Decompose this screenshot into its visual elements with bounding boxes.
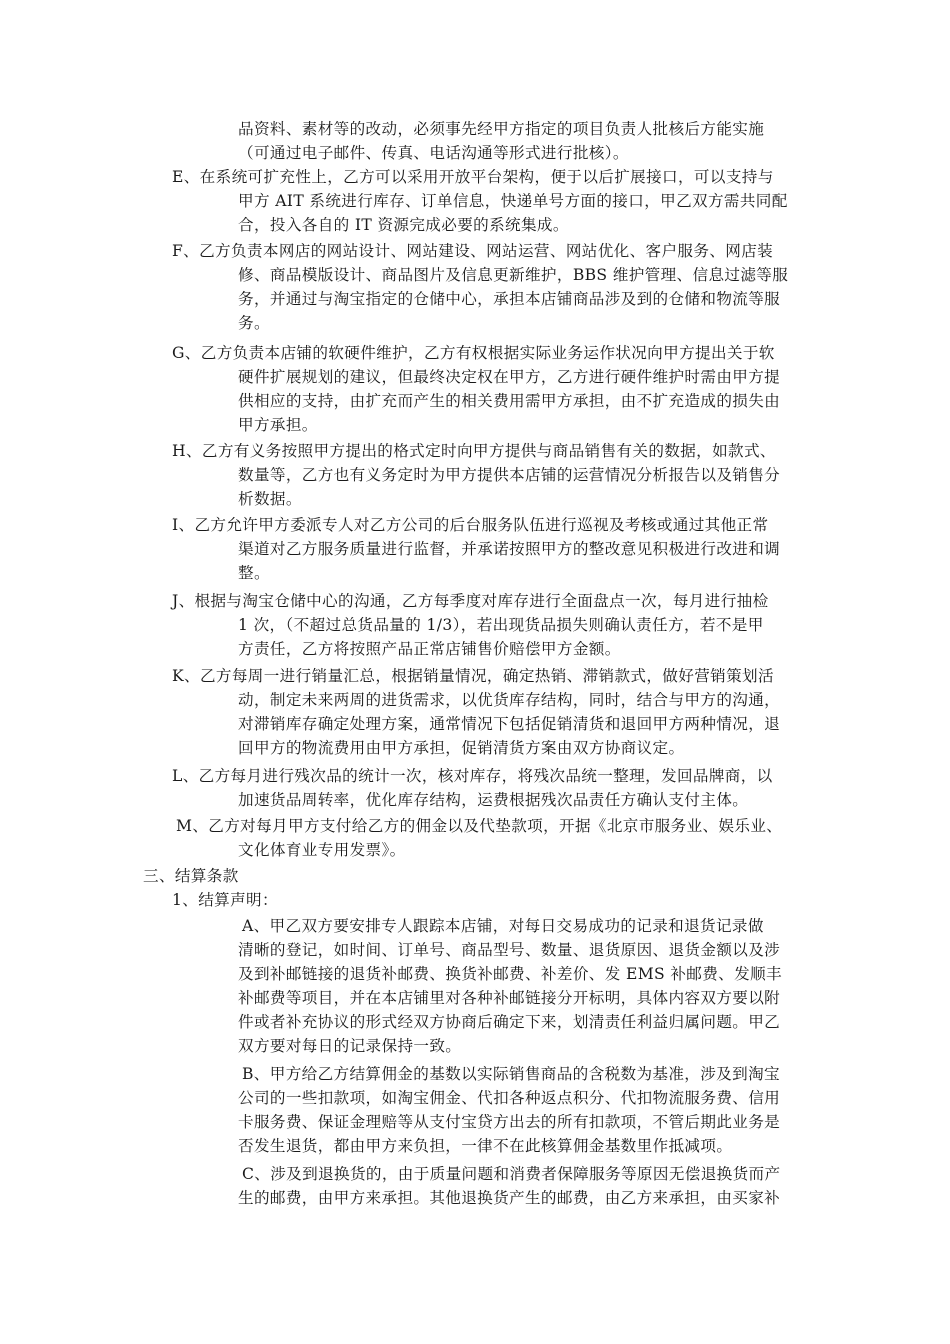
text-line: 双方要对每日的记录保持一致。 [238,1034,461,1058]
text-line: E、在系统可扩充性上，乙方可以采用开放平台架构，便于以后扩展接口，可以支持与 [172,165,774,189]
text-line: M、乙方对每月甲方支付给乙方的佣金以及代垫款项，开据《北京市服务业、娱乐业、 [176,814,782,838]
text-line: 务，并通过与淘宝指定的仓储中心，承担本店铺商品涉及到的仓储和物流等服 [238,287,780,311]
text-line: 补邮费等项目，并在本店铺里对各种补邮链接分开标明，具体内容双方要以附 [238,986,780,1010]
text-line: 甲方 AIT 系统进行库存、订单信息，快递单号方面的接口，甲乙双方需共同配 [238,189,788,213]
text-line: C、涉及到退换货的，由于质量问题和消费者保障服务等原因无偿退换货而产 [242,1162,780,1186]
document-page: 品资料、素材等的改动，必须事先经甲方指定的项目负责人批核后方能实施（可通过电子邮… [0,0,950,1344]
text-line: 整。 [238,561,270,585]
text-line: 否发生退货，都由甲方来负担，一律不在此核算佣金基数里作抵减项。 [238,1134,732,1158]
text-line: 公司的一些扣款项，如淘宝佣金、代扣各种返点积分、代扣物流服务费、信用 [238,1086,780,1110]
text-line: 渠道对乙方服务质量进行监督，并承诺按照甲方的整改意见积极进行改进和调 [238,537,780,561]
text-line: H、乙方有义务按照甲方提出的格式定时向甲方提供与商品销售有关的数据，如款式、 [172,439,776,463]
text-line: 加速货品周转率，优化库存结构，运费根据残次品责任方确认支付主体。 [238,788,748,812]
text-line: L、乙方每月进行残次品的统计一次，核对库存，将残次品统一整理，发回品牌商，以 [172,764,773,788]
text-line: 硬件扩展规划的建议，但最终决定权在甲方，乙方进行硬件维护时需由甲方提 [238,365,780,389]
text-line: 方责任，乙方将按照产品正常店铺售价赔偿甲方金额。 [238,637,621,661]
text-line: G、乙方负责本店铺的软硬件维护，乙方有权根据实际业务运作状况向甲方提出关于软 [172,341,775,365]
text-line: 务。 [238,311,270,335]
text-line: 件或者补充协议的形式经双方协商后确定下来，划清责任利益归属问题。甲乙 [238,1010,780,1034]
text-line: F、乙方负责本网店的网站设计、网站建设、网站运营、网站优化、客户服务、网店装 [172,239,773,263]
text-line: 清晰的登记，如时间、订单号、商品型号、数量、退货原因、退货金额以及涉 [238,938,780,962]
text-line: 卡服务费、保证金理赔等从支付宝贷方出去的所有扣款项，不管后期此业务是 [238,1110,780,1134]
text-line: 生的邮费，由甲方来承担。其他退换货产生的邮费，由乙方来承担，由买家补 [238,1186,780,1210]
text-line: 对滞销库存确定处理方案，通常情况下包括促销清货和退回甲方两种情况，退 [238,712,780,736]
text-line: 1 次，（不超过总货品量的 1/3），若出现货品损失则确认责任方，若不是甲 [238,613,764,637]
text-line: 甲方承担。 [238,413,318,437]
text-line: 回甲方的物流费用由甲方承担，促销清货方案由双方协商议定。 [238,736,684,760]
text-line: 动，制定未来两周的进货需求，以优货库存结构，同时，结合与甲方的沟通， [238,688,780,712]
text-line: 供相应的支持，由扩充而产生的相关费用需甲方承担，由不扩充造成的损失由 [238,389,780,413]
text-line: 文化体育业专用发票》。 [238,838,406,862]
text-line: 修、商品模版设计、商品图片及信息更新维护，BBS 维护管理、信息过滤等服 [238,263,788,287]
text-line: I、乙方允许甲方委派专人对乙方公司的后台服务队伍进行巡视及考核或通过其他正常 [172,513,768,537]
text-line: B、甲方给乙方结算佣金的基数以实际销售商品的含税数为基准，涉及到淘宝 [242,1062,780,1086]
text-line: 1、结算声明： [172,888,278,912]
text-line: J、根据与淘宝仓储中心的沟通，乙方每季度对库存进行全面盘点一次，每月进行抽检 [172,589,769,613]
text-line: 合，投入各自的 IT 资源完成必要的系统集成。 [238,213,569,237]
text-line: K、乙方每周一进行销量汇总，根据销量情况，确定热销、滞销款式，做好营销策划活 [172,664,774,688]
text-line: 三、结算条款 [143,864,239,888]
text-line: A、甲乙双方要安排专人跟踪本店铺，对每日交易成功的记录和退货记录做 [242,914,764,938]
text-line: 数量等，乙方也有义务定时为甲方提供本店铺的运营情况分析报告以及销售分 [238,463,780,487]
text-line: 品资料、素材等的改动，必须事先经甲方指定的项目负责人批核后方能实施 [238,117,764,141]
text-line: 及到补邮链接的退货补邮费、换货补邮费、补差价、发 EMS 补邮费、发顺丰 [238,962,782,986]
text-line: （可通过电子邮件、传真、电话沟通等形式进行批核）。 [238,141,629,165]
text-line: 析数据。 [238,487,302,511]
